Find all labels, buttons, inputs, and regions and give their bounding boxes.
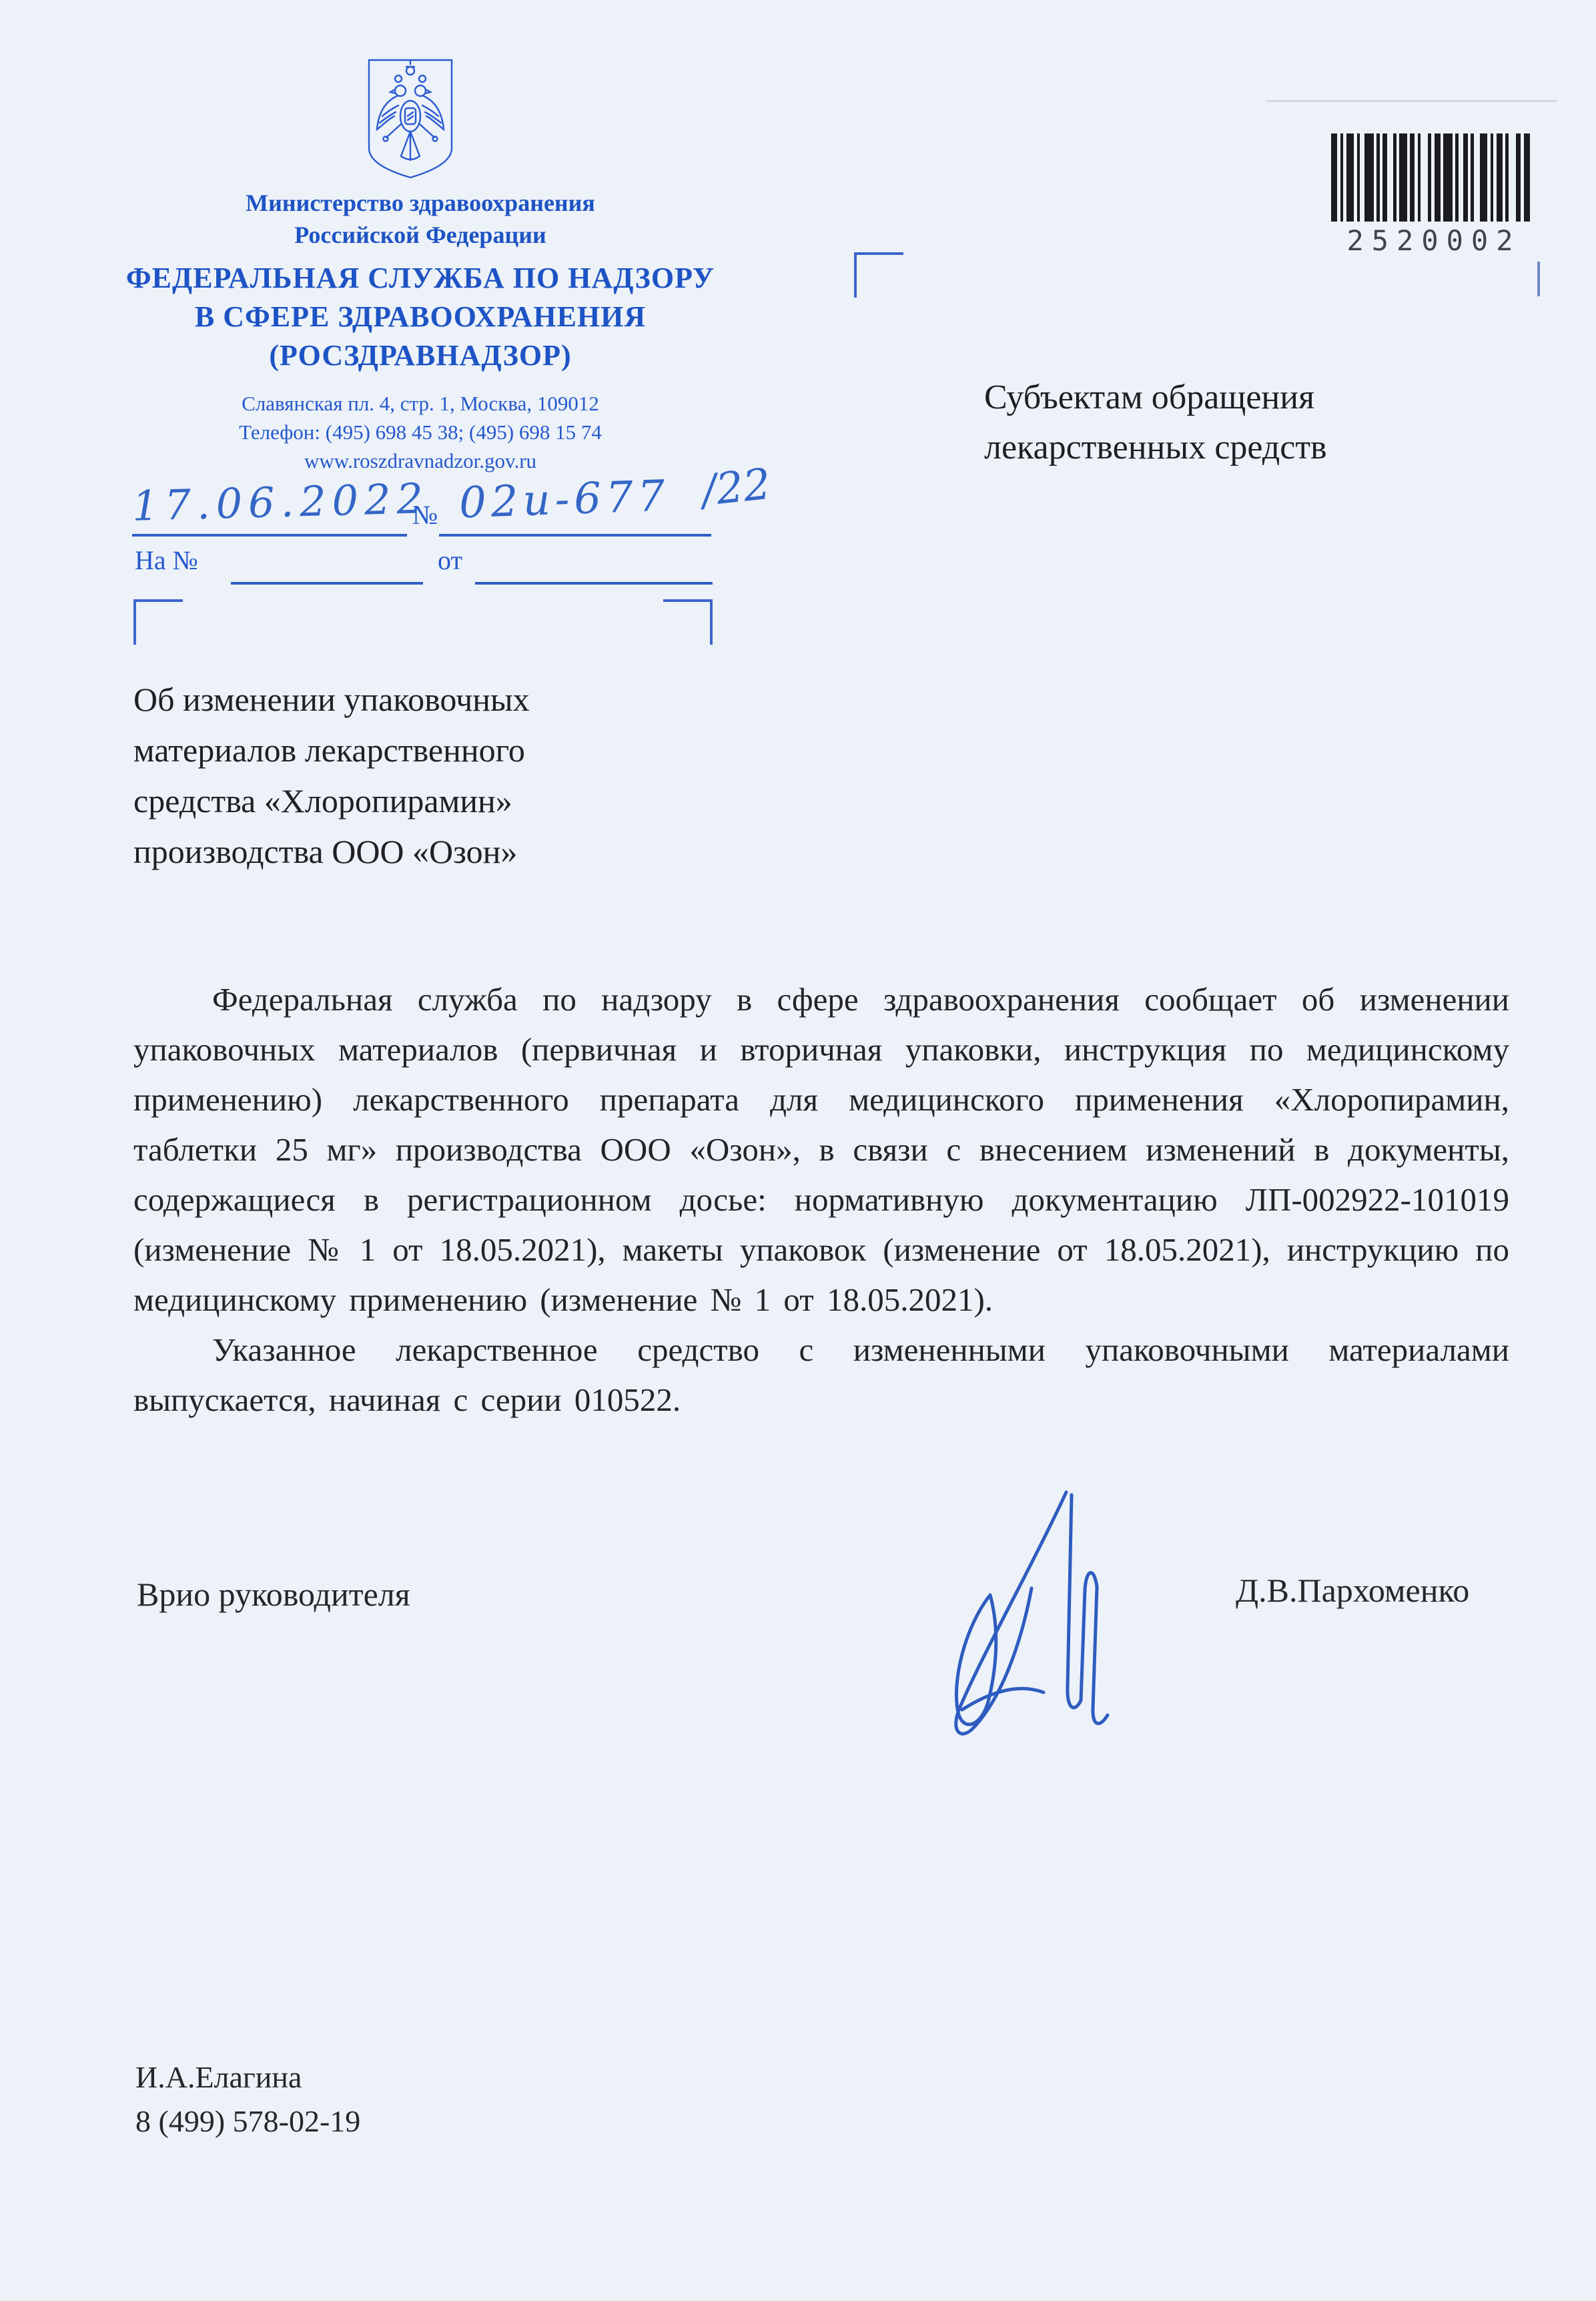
handwritten-date: 17.06.2022: [131, 474, 430, 531]
scan-line-artifact: [1266, 100, 1557, 102]
signer-name: Д.В.Пархоменко: [1236, 1571, 1469, 1610]
subject-line: Об изменении упаковочных: [133, 674, 601, 725]
date-underline: [132, 534, 407, 537]
body-paragraph-2: Указанное лекарственное средство с измен…: [133, 1325, 1509, 1425]
executor-phone: 8 (499) 578-02-19: [135, 2099, 360, 2144]
number-sign: №: [412, 499, 438, 531]
service-line1: ФЕДЕРАЛЬНАЯ СЛУЖБА ПО НАДЗОРУ: [20, 259, 821, 298]
executor-name: И.А.Елагина: [135, 2055, 360, 2099]
reply-number-label: На №: [135, 545, 198, 576]
addressee-line1: Субъектам обращения: [984, 372, 1451, 422]
executor-block: И.А.Елагина 8 (499) 578-02-19: [135, 2055, 360, 2144]
service-line2: В СФЕРЕ ЗДРАВООХРАНЕНИЯ: [20, 298, 821, 336]
address-window-right-corner-mark: [663, 599, 713, 645]
handwritten-signature-ink: [921, 1488, 1161, 1755]
barcode: 2520002: [1331, 133, 1530, 257]
handwritten-number-suffix: /22: [699, 460, 773, 516]
ministry-header: Министерство здравоохранения Российской …: [40, 187, 801, 251]
reply-number-underline: [231, 582, 423, 585]
address-window-left-corner-mark: [133, 599, 183, 645]
number-underline: [439, 534, 711, 537]
postal-address: Славянская пл. 4, стр. 1, Москва, 109012: [40, 389, 801, 418]
barcode-number: 2520002: [1331, 224, 1530, 257]
reply-from-label: от: [438, 545, 462, 576]
signer-position: Врио руководителя: [137, 1575, 410, 1614]
ministry-line1: Министерство здравоохранения: [40, 187, 801, 219]
contact-block: Славянская пл. 4, стр. 1, Москва, 109012…: [40, 389, 801, 475]
subject-line: средства «Хлоропирамин»: [133, 775, 601, 826]
service-header: ФЕДЕРАЛЬНАЯ СЛУЖБА ПО НАДЗОРУ В СФЕРЕ ЗД…: [20, 259, 821, 375]
handwritten-number: 02и-677: [458, 472, 671, 529]
subject-line: производства ООО «Озон»: [133, 826, 601, 877]
scanned-letter-page: Министерство здравоохранения Российской …: [0, 0, 1596, 2301]
edge-tick-mark: [1537, 262, 1540, 296]
addressee-zone-corner-mark: [854, 252, 903, 298]
barcode-bars: [1331, 133, 1530, 222]
letter-body: Федеральная служба по надзору в сфере зд…: [133, 974, 1509, 1425]
phone-numbers: Телефон: (495) 698 45 38; (495) 698 15 7…: [40, 418, 801, 446]
website: www.roszdravnadzor.gov.ru: [40, 446, 801, 475]
addressee-line2: лекарственных средств: [984, 422, 1451, 472]
reply-date-underline: [475, 582, 713, 585]
russia-coat-of-arms-icon: [364, 55, 457, 182]
body-paragraph-1: Федеральная служба по надзору в сфере зд…: [133, 974, 1509, 1325]
subject-line: материалов лекарственного: [133, 725, 601, 775]
service-line3: (РОСЗДРАВНАДЗОР): [20, 336, 821, 375]
ministry-line2: Российской Федерации: [40, 219, 801, 251]
addressee-block: Субъектам обращения лекарственных средст…: [984, 372, 1451, 472]
subject-block: Об изменении упаковочных материалов лека…: [133, 674, 601, 877]
